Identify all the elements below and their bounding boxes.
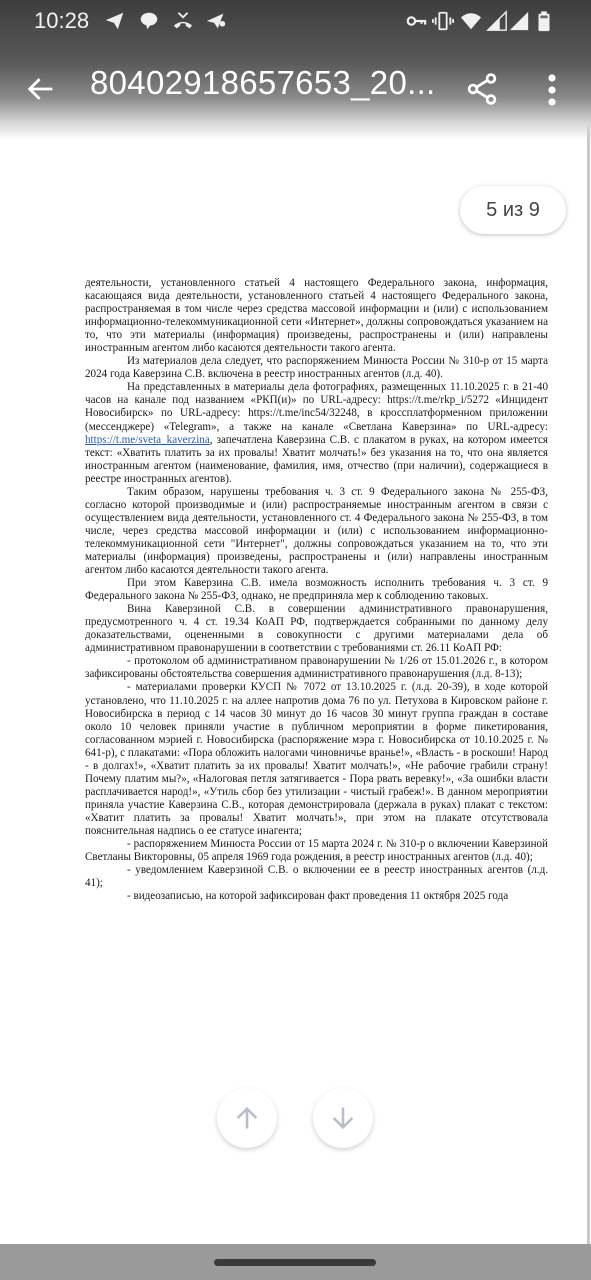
more-vert-icon[interactable] [541, 72, 563, 108]
paragraph-text: На представленных в материалы дела фотог… [85, 381, 548, 432]
channel-link[interactable]: https://t.me/sveta_kaverzina [85, 434, 210, 446]
previous-page-button[interactable] [217, 1088, 277, 1148]
wifi-icon [460, 10, 482, 32]
list-item: - материалами проверки КУСП № 7072 от 13… [85, 681, 548, 838]
list-item: - уведомлением Каверзиной С.В. о включен… [85, 864, 548, 890]
list-item: - видеозаписью, на которой зафиксирован … [85, 890, 548, 903]
scrollbar[interactable] [587, 120, 590, 1244]
status-bar: 10:28 [0, 0, 591, 42]
chat-bubble-icon [138, 10, 160, 32]
signal-icon [508, 10, 530, 32]
list-item: - протоколом об административном правона… [85, 655, 548, 681]
signal-icon [486, 10, 508, 32]
battery-icon [533, 10, 555, 32]
home-gesture-handle[interactable] [214, 1259, 376, 1266]
telegram-alt-icon [205, 10, 227, 32]
paragraph: деятельности, установленного статьей 4 н… [85, 277, 548, 355]
page-indicator: 5 из 9 [460, 186, 566, 234]
status-time: 10:28 [34, 8, 89, 34]
share-icon[interactable] [464, 71, 500, 107]
page-indicator-label: 5 из 9 [486, 199, 540, 222]
system-navigation-bar [0, 1244, 591, 1280]
document-page: деятельности, установленного статьей 4 н… [85, 277, 548, 903]
paragraph: Из материалов дела следует, что распоряж… [85, 355, 548, 381]
vpn-key-icon [405, 10, 427, 32]
list-item: - распоряжением Минюста России от 15 мар… [85, 838, 548, 864]
back-arrow-icon[interactable] [24, 72, 58, 106]
arrow-down-icon [329, 1104, 357, 1132]
next-page-button[interactable] [313, 1088, 373, 1148]
vibrate-icon [432, 10, 454, 32]
paragraph: На представленных в материалы дела фотог… [85, 381, 548, 485]
paragraph: Вина Каверзиной С.В. в совершении админи… [85, 603, 548, 655]
paragraph: При этом Каверзина С.В. имела возможност… [85, 577, 548, 603]
app-bar: 80402918657653_20... [0, 58, 591, 122]
paragraph: Таким образом, нарушены требования ч. 3 … [85, 486, 548, 577]
missed-call-icon [172, 10, 194, 32]
telegram-icon [104, 10, 126, 32]
document-title: 80402918657653_20... [90, 64, 436, 102]
arrow-up-icon [233, 1104, 261, 1132]
